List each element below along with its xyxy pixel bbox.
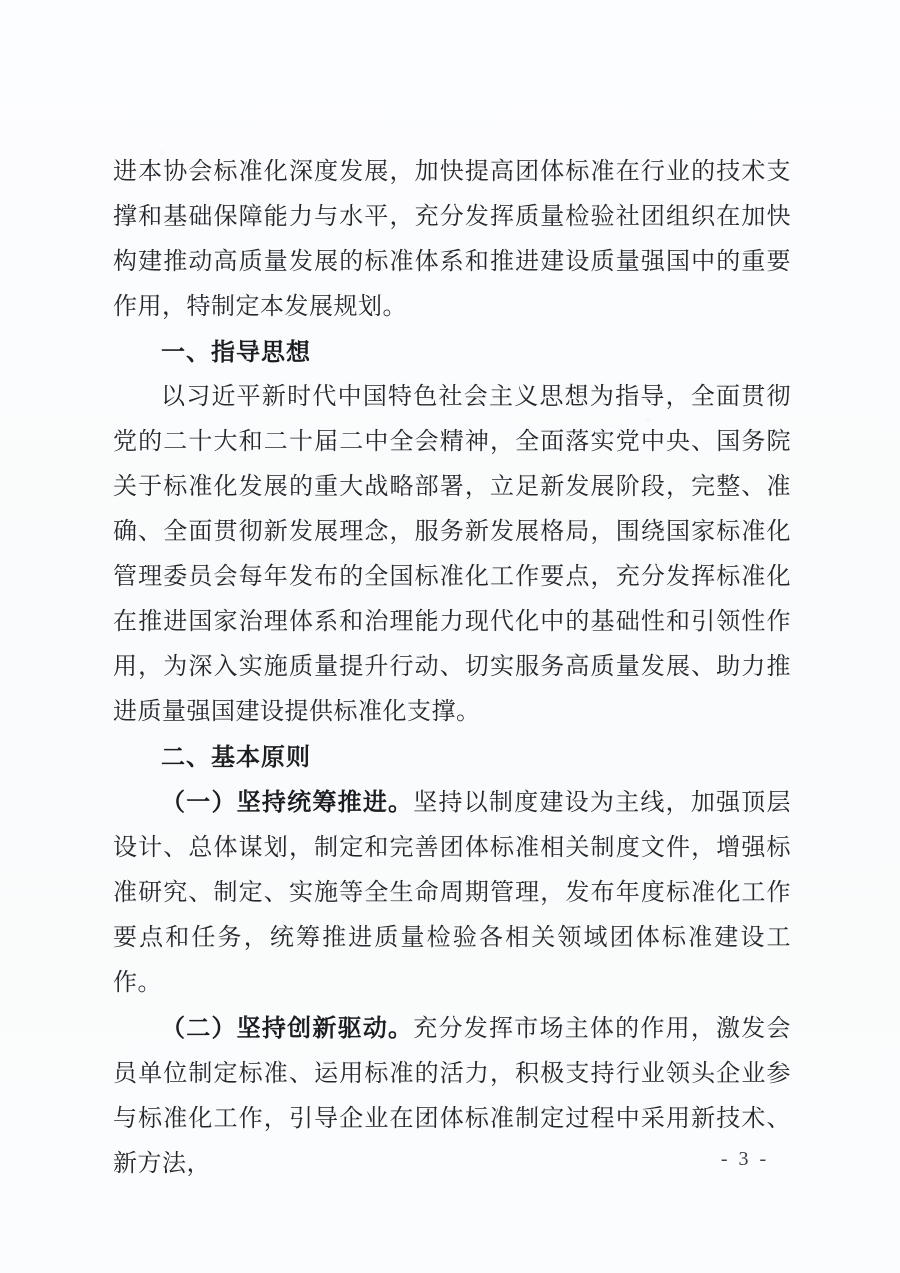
section-heading-guiding-ideology: 一、指导思想 (113, 330, 791, 375)
page-number: - 3 - (690, 1148, 800, 1171)
paragraph-guiding-ideology: 以习近平新时代中国特色社会主义思想为指导，全面贯彻党的二十大和二十届二中全会精神… (113, 375, 791, 735)
paragraph-principle-1-lead: （一）坚持统筹推进。 (161, 789, 413, 816)
paragraph-principle-2-lead: （二）坚持创新驱动。 (161, 1015, 413, 1042)
scanned-page: 进本协会标准化深度发展，加快提高团体标准在行业的技术支撑和基础保障能力与水平，充… (0, 0, 900, 1273)
section-heading-basic-principles: 二、基本原则 (113, 735, 791, 780)
paragraph-principle-1: （一）坚持统筹推进。坚持以制度建设为主线，加强顶层设计、总体谋划，制定和完善团体… (113, 780, 791, 1006)
document-text-block: 进本协会标准化深度发展，加快提高团体标准在行业的技术支撑和基础保障能力与水平，充… (113, 150, 791, 1187)
paragraph-continuation: 进本协会标准化深度发展，加快提高团体标准在行业的技术支撑和基础保障能力与水平，充… (113, 150, 791, 330)
paragraph-principle-1-body: 坚持以制度建设为主线，加强顶层设计、总体谋划，制定和完善团体标准相关制度文件，增… (113, 790, 791, 996)
